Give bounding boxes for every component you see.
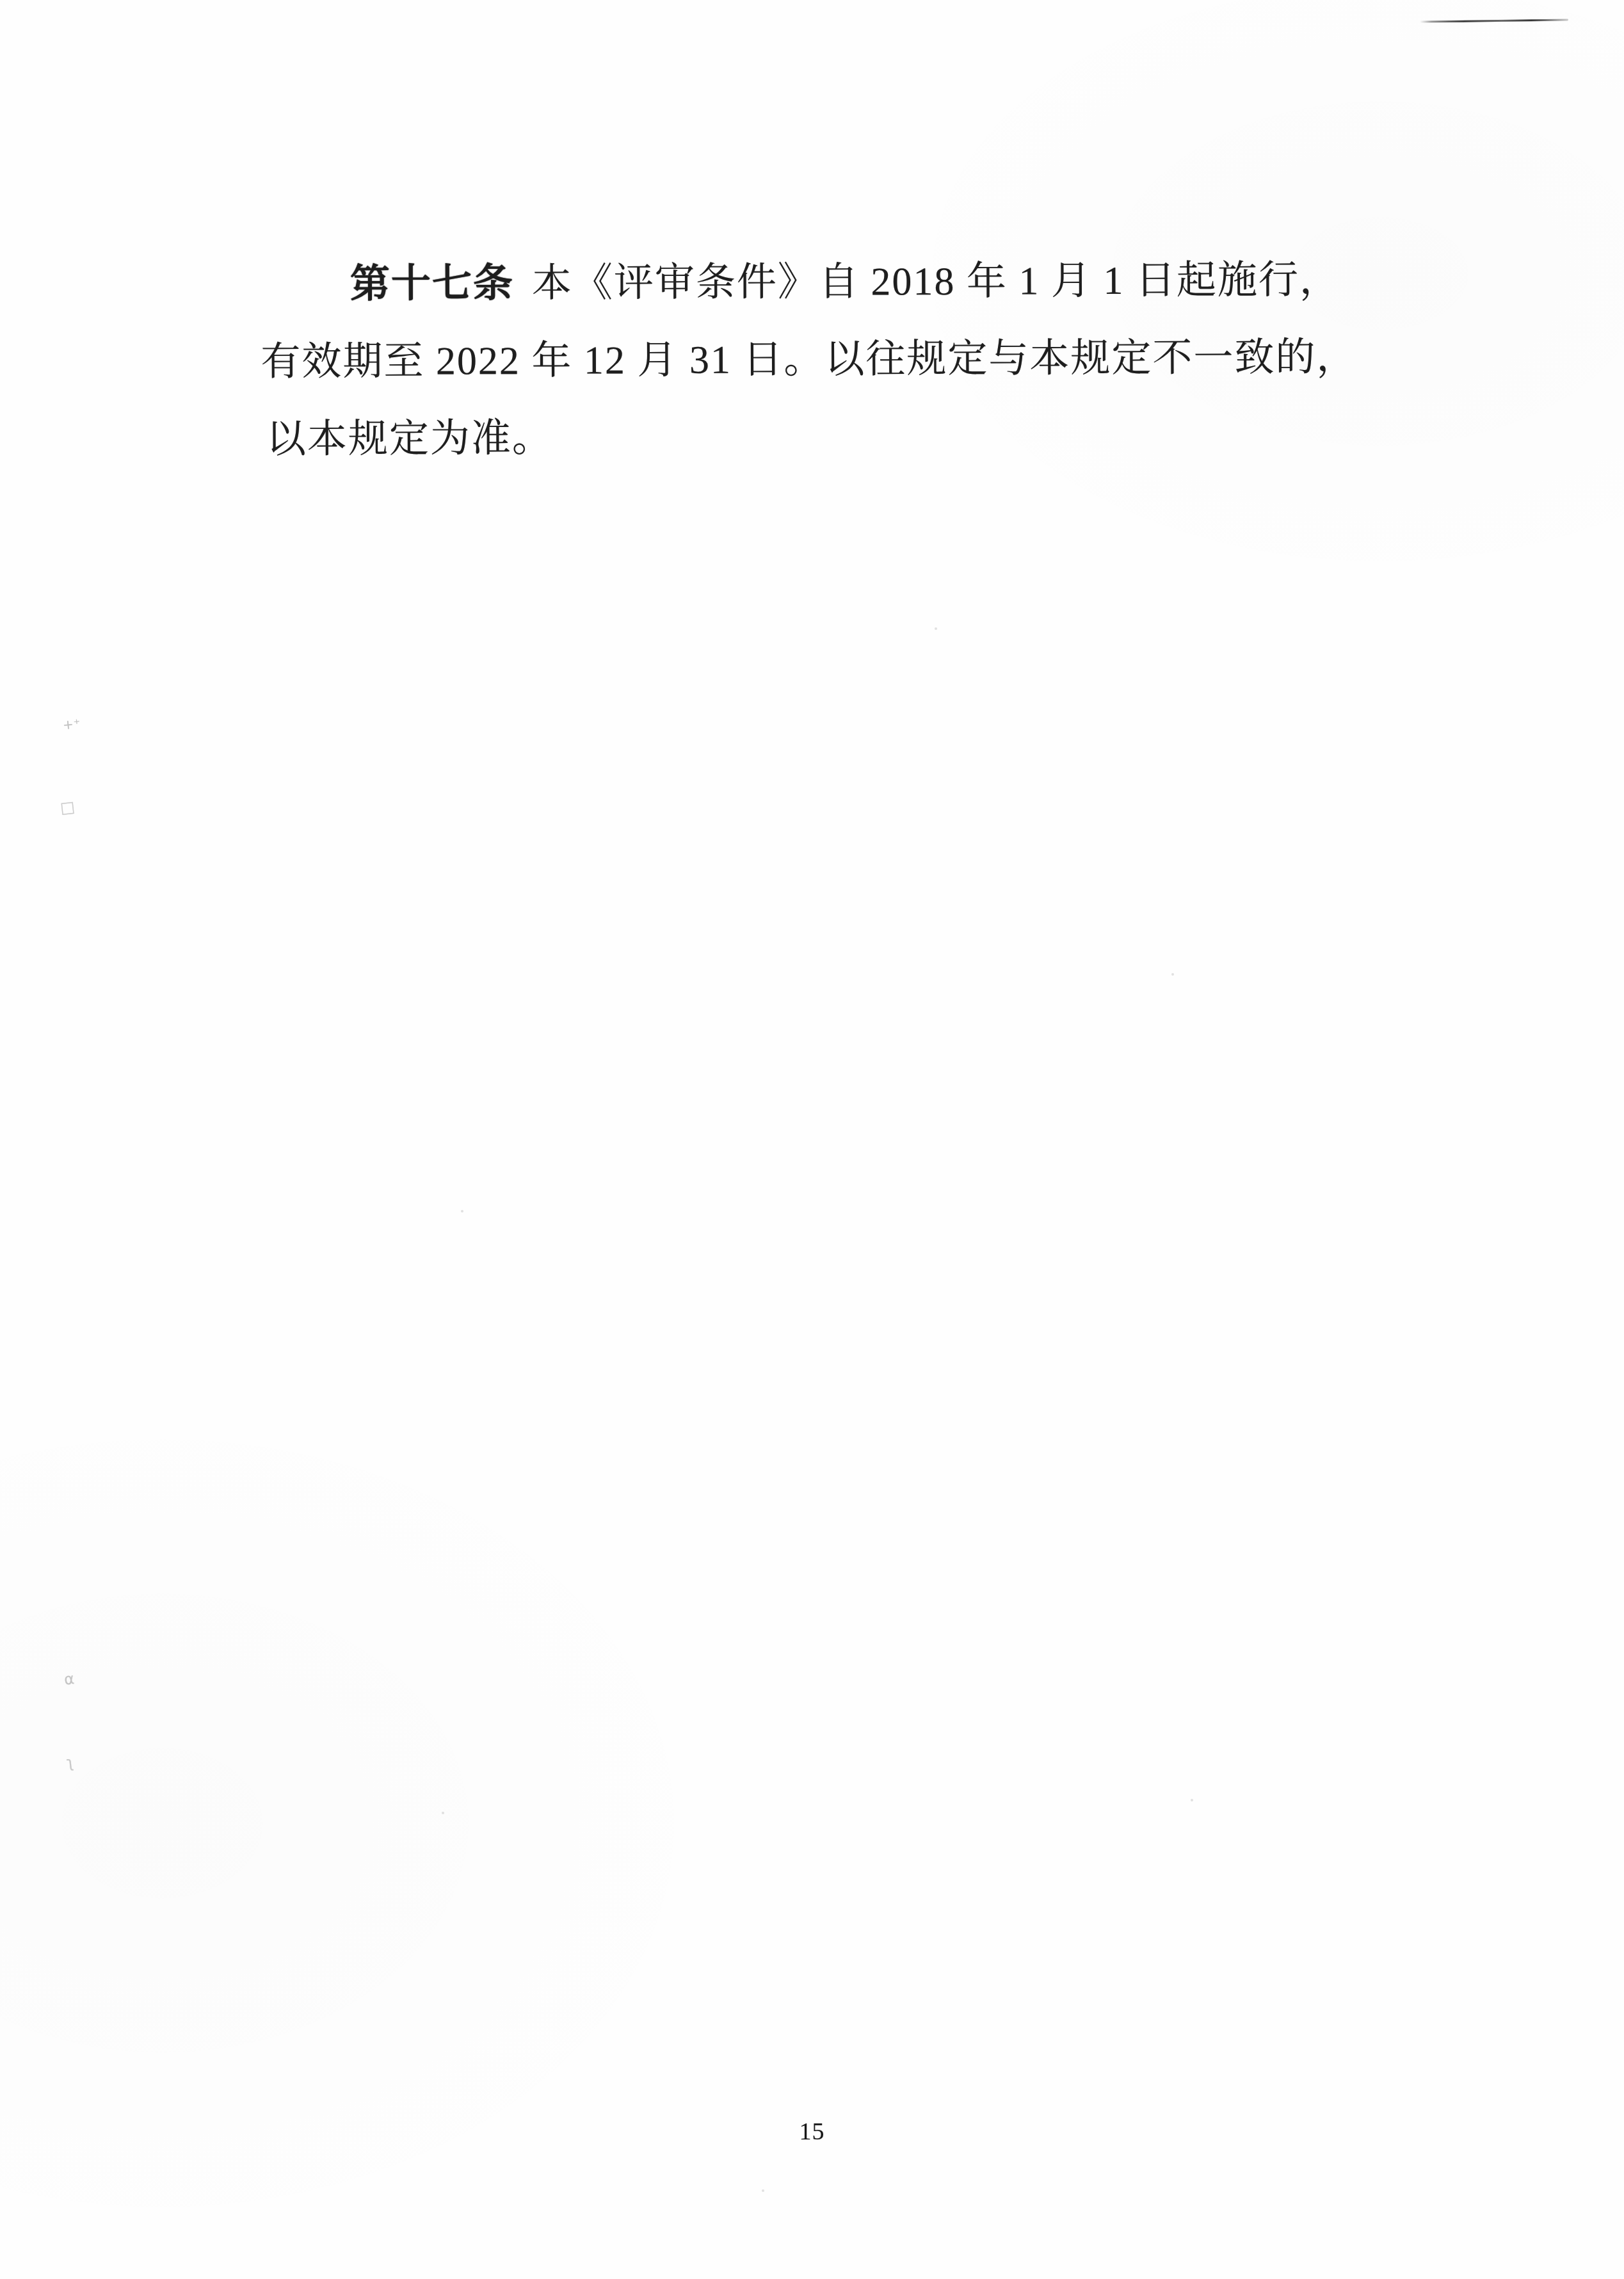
scan-smudge-artifact: □: [60, 800, 76, 815]
scanned-document-page: 第十七条本《评审条件》自 2018 年 1 月 1 日起施行， 有效期至 202…: [0, 0, 1624, 2279]
paper-speck: [1191, 1799, 1193, 1801]
document-body: 第十七条本《评审条件》自 2018 年 1 月 1 日起施行， 有效期至 202…: [0, 0, 1624, 4]
paper-speck: [442, 1812, 444, 1814]
paragraph-line-1-text: 本《评审条件》自 2018 年 1 月 1 日起施行，: [532, 258, 1340, 305]
scan-smudge-artifact: +⁺: [62, 716, 81, 732]
scan-smudge-artifact: ʅ: [66, 1755, 74, 1769]
paper-speck: [935, 627, 937, 630]
article-number-label: 第十七条: [350, 262, 514, 306]
paper-speck: [762, 2189, 764, 2192]
page-number: 15: [0, 2118, 1624, 2146]
scan-smudge-artifact: α: [63, 1671, 75, 1687]
scan-streak-artifact: [1420, 19, 1568, 22]
paragraph-line-3: 以本规定为准。: [266, 414, 553, 465]
paper-speck: [461, 1210, 463, 1212]
paragraph-line-2: 有效期至 2022 年 12 月 31 日。以往规定与本规定不一致的，: [261, 332, 1357, 387]
paper-speck: [1171, 973, 1174, 976]
paragraph-line-1: 第十七条本《评审条件》自 2018 年 1 月 1 日起施行，: [350, 255, 1340, 309]
